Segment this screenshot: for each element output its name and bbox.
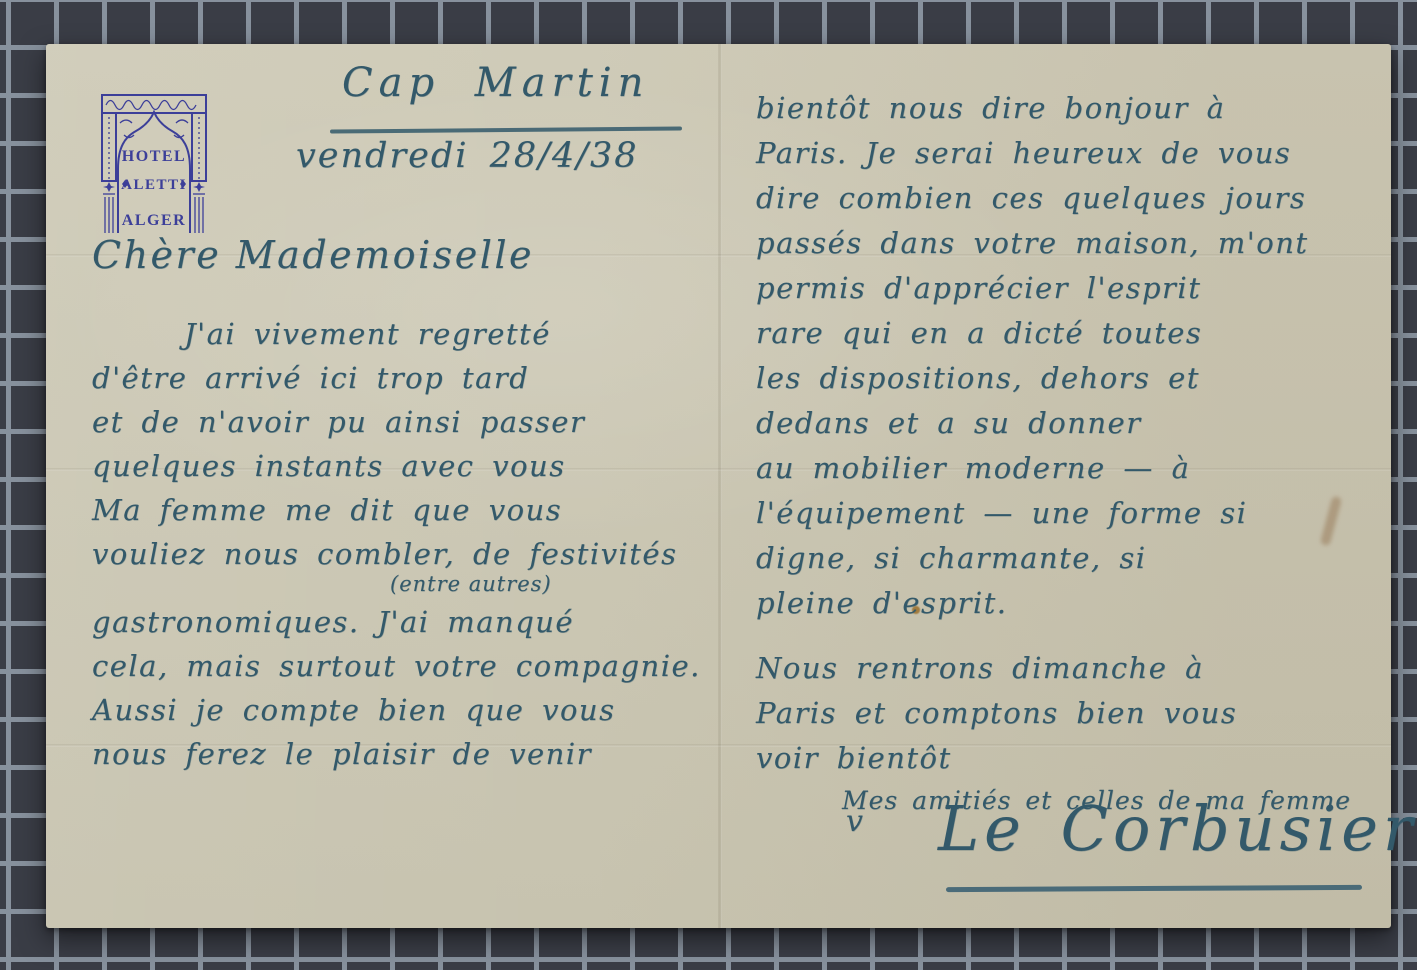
handwritten-line: l'équipement — une forme si: [756, 491, 1417, 536]
handwritten-line: J'ai vivement regretté: [92, 312, 737, 356]
salutation: Chère Mademoiselle: [92, 230, 737, 280]
letter-paper: HOTEL ALETTI ALGER Cap Martin vendredi 2…: [46, 44, 1391, 928]
handwritten-line: digne, si charmante, si: [756, 536, 1417, 581]
letterhead-logo: HOTEL ALETTI ALGER: [100, 93, 208, 235]
handwritten-line: rare qui en a dicté toutes: [756, 311, 1417, 356]
handwritten-line: Ma femme me dit que vous: [92, 488, 737, 532]
handwritten-line: cela, mais surtout votre compagnie.: [92, 644, 737, 688]
left-page: Chère Mademoiselle J'ai vivement regrett…: [92, 230, 737, 776]
signature-underline-stroke: [946, 885, 1362, 892]
handwritten-line: et de n'avoir pu ainsi passer: [92, 400, 737, 444]
letterhead-hotel-word: HOTEL: [122, 148, 186, 165]
place-line: Cap Martin: [342, 60, 649, 106]
letterhead-city: ALGER: [122, 212, 186, 229]
handwritten-line: d'être arrivé ici trop tard: [92, 356, 737, 400]
handwritten-line: gastronomiques. J'ai manqué: [92, 600, 737, 644]
date-line: vendredi 28/4/38: [296, 136, 639, 176]
handwritten-line: permis d'apprécier l'esprit: [756, 266, 1417, 311]
handwritten-line: pleine d'esprit.: [756, 581, 1417, 626]
handwritten-line: Nous rentrons dimanche à: [756, 646, 1417, 691]
handwritten-line: les dispositions, dehors et: [756, 356, 1417, 401]
place-underline-stroke: [330, 126, 682, 133]
handwritten-line: voir bientôt: [756, 736, 1417, 781]
handwritten-line: dedans et a su donner: [756, 401, 1417, 446]
handwritten-line: bientôt nous dire bonjour à: [756, 86, 1417, 131]
handwritten-line: Aussi je compte bien que vous: [92, 688, 737, 732]
handwritten-line: Paris. Je serai heureux de vous: [756, 131, 1417, 176]
right-page: bientôt nous dire bonjour à Paris. Je se…: [756, 86, 1417, 819]
handwritten-line: nous ferez le plaisir de venir: [92, 732, 737, 776]
handwritten-line: quelques instants avec vous: [92, 444, 737, 488]
signature-prefix-mark: v: [846, 804, 863, 839]
signature: Le Corbusier: [938, 792, 1417, 865]
letterhead-hotel-name: ALETTI: [121, 177, 187, 193]
moorish-arch-emblem: HOTEL ALETTI ALGER: [100, 93, 208, 235]
handwritten-line: dire combien ces quelques jours: [756, 176, 1417, 221]
handwritten-line: au mobilier moderne — à: [756, 446, 1417, 491]
handwritten-line: passés dans votre maison, m'ont: [756, 221, 1417, 266]
handwritten-line: Paris et comptons bien vous: [756, 691, 1417, 736]
